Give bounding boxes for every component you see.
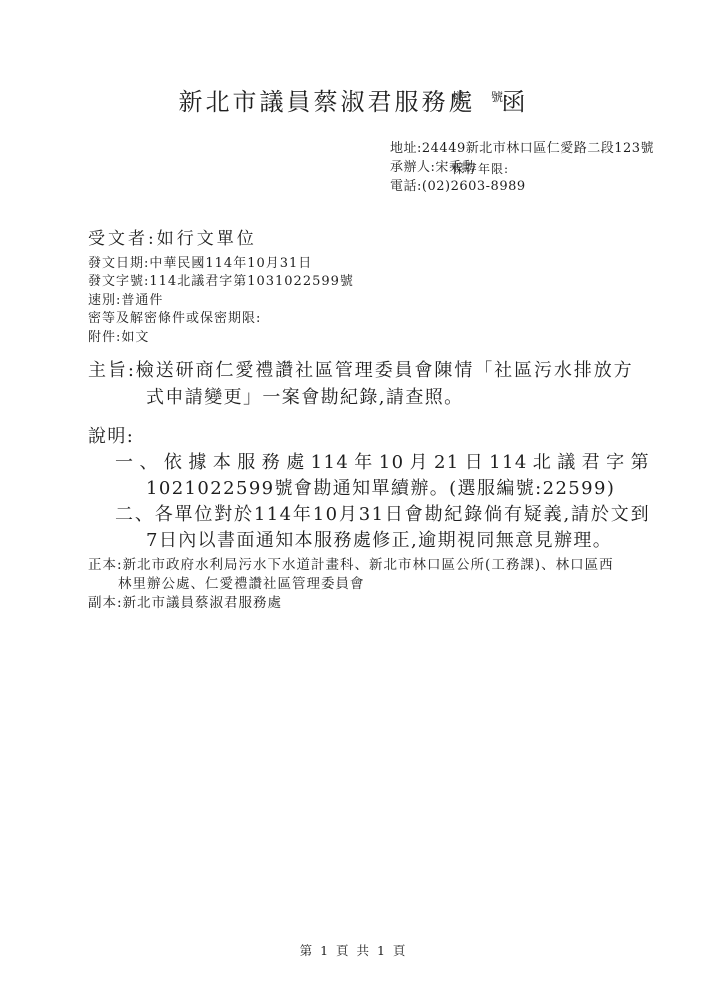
meta-block: 發文日期:中華民國114年10月31日 發文字號:114北議君字第1031022… (88, 255, 354, 347)
speed-class-line: 速別:普通件 (88, 292, 354, 310)
issuing-org-name: 新北市議員蔡淑君服務處 (179, 88, 476, 116)
copy-recipients: 新北市政府水利局污水下水道計畫科、新北市林口區公所(工務課)、林口區西林里辦公處… (118, 557, 614, 592)
item-text: 依據本服務處114年10月21日114北議君字第1021022599號會勘通知單… (146, 452, 650, 499)
sender-contact-person: 承辦人:宋乘勳 (390, 158, 655, 177)
copy-label: 正本: (88, 557, 123, 573)
item-number: 一、 (115, 452, 164, 473)
document-title: 新北市議員蔡淑君服務處函 (0, 82, 707, 117)
description-block: 說明: 一、依據本服務處114年10月21日114北議君字第1021022599… (88, 424, 650, 554)
subject-label: 主旨: (88, 360, 135, 381)
item-number: 二、 (115, 504, 155, 525)
description-label: 說明: (88, 424, 650, 450)
copies-block: 正本:新北市政府水利局污水下水道計畫科、新北市林口區公所(工務課)、林口區西林里… (88, 556, 628, 613)
copy-label: 副本: (88, 595, 123, 611)
page-number-footer: 第 1 頁 共 1 頁 (0, 941, 707, 959)
sender-phone: 電話:(02)2603-8989 (390, 177, 655, 196)
copy-recipients: 新北市議員蔡淑君服務處 (123, 595, 283, 611)
official-letter-page: 檔 號: 保存年限: 新北市議員蔡淑君服務處函 地址:24449新北市林口區仁愛… (0, 0, 707, 1000)
copy-to-primary: 正本:新北市政府水利局污水下水道計畫科、新北市林口區公所(工務課)、林口區西林里… (88, 556, 628, 594)
issue-number-line: 發文字號:114北議君字第1031022599號 (88, 273, 354, 291)
subject-text: 檢送研商仁愛禮讚社區管理委員會陳情「社區污水排放方式申請變更」一案會勘紀錄,請查… (135, 360, 633, 408)
sender-info-block: 地址:24449新北市林口區仁愛路二段123號 承辦人:宋乘勳 電話:(02)2… (390, 139, 655, 196)
issue-date-line: 發文日期:中華民國114年10月31日 (88, 255, 354, 273)
copy-to-cc: 副本:新北市議員蔡淑君服務處 (88, 594, 628, 613)
item-text: 各單位對於114年10月31日會勘紀錄倘有疑義,請於文到7日內以書面通知本服務處… (146, 504, 650, 551)
document-type: 函 (502, 88, 529, 116)
attachment-line: 附件:如文 (88, 329, 354, 347)
security-class-line: 密等及解密條件或保密期限: (88, 310, 354, 328)
subject-paragraph: 主旨:檢送研商仁愛禮讚社區管理委員會陳情「社區污水排放方式申請變更」一案會勘紀錄… (88, 357, 633, 411)
sender-address: 地址:24449新北市林口區仁愛路二段123號 (390, 139, 655, 158)
description-item-1: 一、依據本服務處114年10月21日114北議君字第1021022599號會勘通… (115, 450, 650, 502)
description-item-2: 二、各單位對於114年10月31日會勘紀錄倘有疑義,請於文到7日內以書面通知本服… (115, 502, 650, 554)
archive-block: 檔 號: 保存年限: (452, 37, 509, 229)
recipient-line: 受文者:如行文單位 (88, 224, 257, 249)
